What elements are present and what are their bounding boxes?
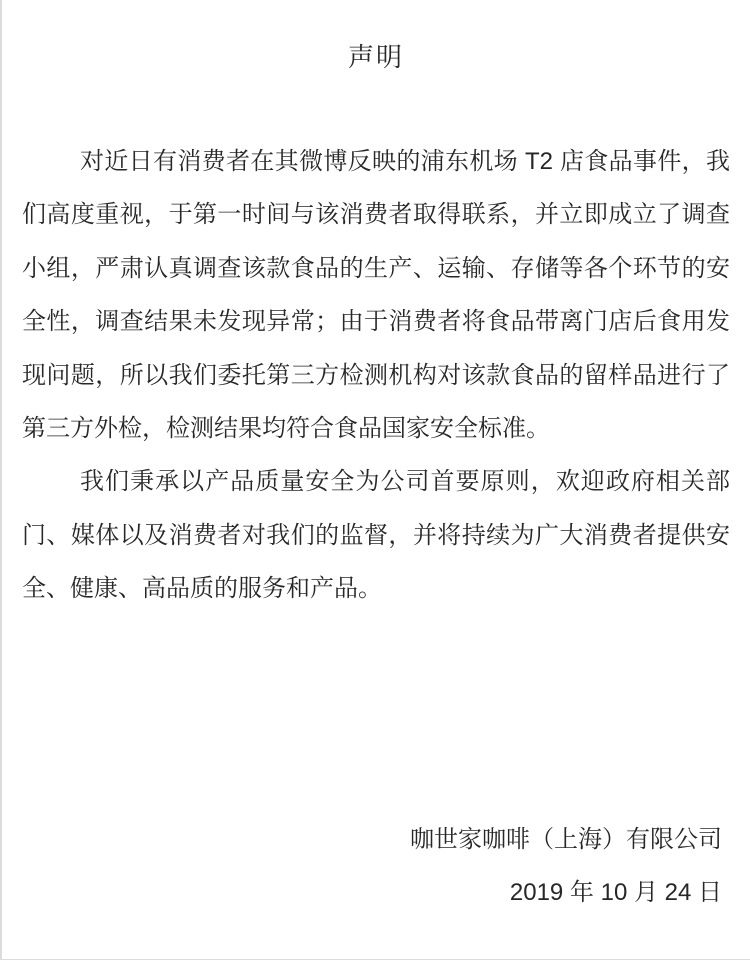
statement-document: 声明 对近日有消费者在其微博反映的浦东机场 T2 店食品事件，我们高度重视，于第… bbox=[0, 0, 750, 960]
document-body: 对近日有消费者在其微博反映的浦东机场 T2 店食品事件，我们高度重视，于第一时间… bbox=[22, 135, 730, 616]
paragraph-2: 我们秉承以产品质量安全为公司首要原则，欢迎政府相关部门、媒体以及消费者对我们的监… bbox=[22, 455, 730, 615]
signature-date: 2019 年 10 月 24 日 bbox=[2, 866, 722, 919]
document-title: 声明 bbox=[2, 0, 750, 74]
paragraph-1: 对近日有消费者在其微博反映的浦东机场 T2 店食品事件，我们高度重视，于第一时间… bbox=[22, 135, 730, 455]
signature-company: 咖世家咖啡（上海）有限公司 bbox=[2, 813, 722, 866]
signature-block: 咖世家咖啡（上海）有限公司 2019 年 10 月 24 日 bbox=[2, 813, 750, 920]
